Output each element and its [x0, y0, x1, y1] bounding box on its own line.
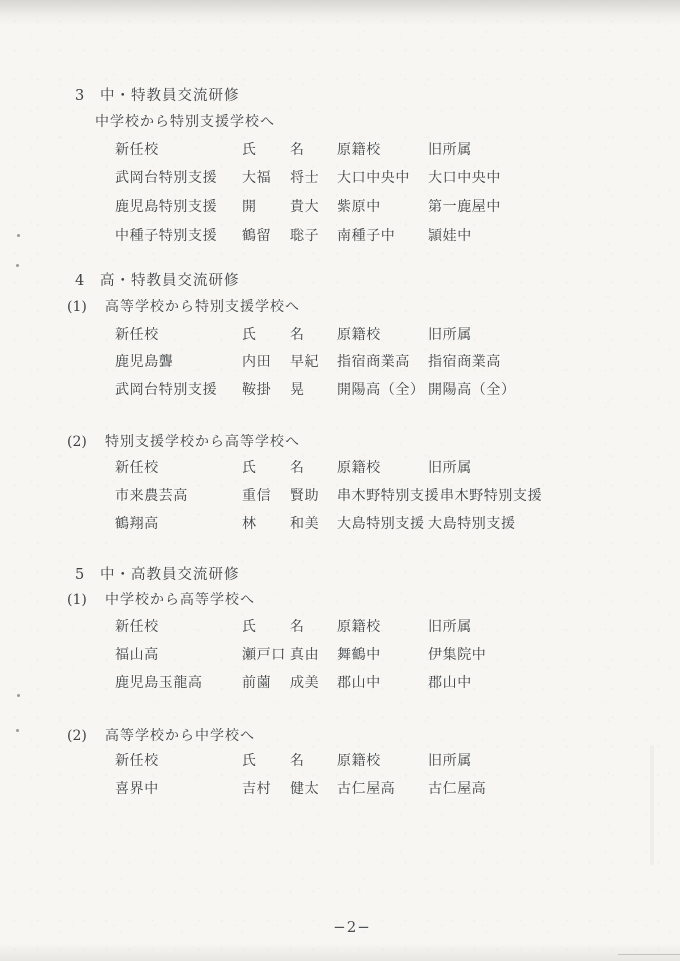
column-header-school: 新任校: [115, 324, 159, 344]
cell-school: 喜界中: [115, 778, 159, 798]
cell-former: 開陽高（全）: [428, 379, 516, 399]
section-3-direction: 中学校から特別支援学校へ: [95, 111, 275, 131]
table-row: 鹿児島聾 内田 早紀 指宿商業高 指宿商業高: [0, 351, 680, 370]
table-row: 鹿児島玉龍高 前薗 成美 郡山中 郡山中: [0, 672, 680, 691]
cell-former: 頴娃中: [428, 225, 472, 245]
cell-surname: 鞍掛: [242, 379, 271, 399]
cell-surname: 前薗: [242, 672, 271, 692]
cell-former: 大口中央中: [428, 167, 501, 187]
table-row: 鹿児島特別支援 開 貴大 紫原中 第一鹿屋中: [0, 196, 680, 215]
scan-artifact-top-band: [0, 0, 680, 26]
cell-given: 真由: [290, 644, 319, 664]
section-4-2-direction: (2)特別支援学校から高等学校へ: [67, 431, 300, 451]
column-header-former: 旧所属: [428, 750, 472, 770]
cell-origin: 南種子中: [337, 225, 395, 245]
section-4-1-direction: (1)高等学校から特別支援学校へ: [67, 296, 300, 316]
cell-school: 中種子特別支援: [115, 225, 217, 245]
section-3-heading: 3中・特教員交流研修: [75, 84, 240, 105]
table-row: 中種子特別支援 鶴留 聡子 南種子中 頴娃中: [0, 225, 680, 244]
table-row: 市来農芸高 重信 賢助 串木野特別支援 串木野特別支援: [0, 485, 680, 504]
column-header-former: 旧所属: [428, 616, 472, 636]
cell-origin: 串木野特別支援: [337, 485, 439, 505]
section-5-1-direction: (1)中学校から高等学校へ: [67, 589, 255, 609]
table-row: 福山高 瀬戸口 真由 舞鶴中 伊集院中: [0, 644, 680, 663]
column-header-surname: 氏: [242, 616, 257, 636]
cell-given: 賢助: [290, 485, 319, 505]
table-header-row: 新任校 氏 名 原籍校 旧所属: [0, 750, 680, 769]
column-header-surname: 氏: [242, 139, 257, 159]
cell-origin: 紫原中: [337, 196, 381, 216]
cell-school: 鹿児島聾: [115, 351, 173, 371]
cell-former: 古仁屋高: [428, 778, 486, 798]
cell-school: 武岡台特別支援: [115, 167, 217, 187]
cell-school: 鹿児島玉龍高: [115, 672, 203, 692]
column-header-school: 新任校: [115, 457, 159, 477]
column-header-former: 旧所属: [428, 457, 472, 477]
scan-speck: [17, 694, 20, 697]
cell-given: 晃: [290, 379, 305, 399]
column-header-given: 名: [290, 750, 305, 770]
cell-surname: 重信: [242, 485, 271, 505]
cell-surname: 瀬戸口: [242, 644, 286, 664]
cell-school: 鶴翔高: [115, 513, 159, 533]
section-title: 中・高教員交流研修: [100, 567, 240, 583]
column-header-origin: 原籍校: [337, 750, 381, 770]
scan-artifact-bottom-right-line: [618, 954, 680, 955]
cell-origin: 開陽高（全）: [337, 379, 425, 399]
cell-given: 貴大: [290, 196, 319, 216]
subsection-label: (2): [67, 434, 105, 450]
column-header-school: 新任校: [115, 616, 159, 636]
cell-given: 早紀: [290, 351, 319, 371]
column-header-given: 名: [290, 324, 305, 344]
cell-origin: 大島特別支援: [337, 513, 425, 533]
page-number: −2−: [12, 918, 680, 936]
scan-artifact-bottom-band: [0, 943, 680, 961]
table-header-row: 新任校 氏 名 原籍校 旧所属: [0, 139, 680, 158]
cell-surname: 鶴留: [242, 225, 271, 245]
column-header-former: 旧所属: [428, 324, 472, 344]
column-header-surname: 氏: [242, 750, 257, 770]
cell-origin: 大口中央中: [337, 167, 410, 187]
cell-former: 伊集院中: [428, 644, 486, 664]
cell-school: 福山高: [115, 644, 159, 664]
table-row: 鶴翔高 林 和美 大島特別支援 大島特別支援: [0, 513, 680, 532]
scanned-document-page: 3中・特教員交流研修 中学校から特別支援学校へ 新任校 氏 名 原籍校 旧所属 …: [0, 0, 680, 961]
cell-origin: 古仁屋高: [337, 778, 395, 798]
column-header-origin: 原籍校: [337, 457, 381, 477]
cell-surname: 大福: [242, 167, 271, 187]
scan-speck: [16, 729, 19, 732]
cell-given: 将士: [290, 167, 319, 187]
section-title: 中・特教員交流研修: [100, 88, 240, 104]
cell-surname: 吉村: [242, 778, 271, 798]
cell-origin: 舞鶴中: [337, 644, 381, 664]
table-row: 武岡台特別支援 大福 将士 大口中央中 大口中央中: [0, 167, 680, 186]
cell-given: 成美: [290, 672, 319, 692]
column-header-given: 名: [290, 457, 305, 477]
cell-origin: 指宿商業高: [337, 351, 410, 371]
cell-school: 市来農芸高: [115, 485, 188, 505]
cell-school: 鹿児島特別支援: [115, 196, 217, 216]
section-5-2-direction: (2)高等学校から中学校へ: [67, 725, 255, 745]
cell-given: 和美: [290, 513, 319, 533]
subsection-label: (2): [67, 728, 105, 744]
cell-former: 大島特別支援: [428, 513, 516, 533]
column-header-surname: 氏: [242, 457, 257, 477]
section-title: 高・特教員交流研修: [100, 273, 240, 289]
table-header-row: 新任校 氏 名 原籍校 旧所属: [0, 616, 680, 635]
cell-former: 串木野特別支援: [440, 485, 542, 505]
column-header-origin: 原籍校: [337, 324, 381, 344]
cell-surname: 内田: [242, 351, 271, 371]
cell-given: 健太: [290, 778, 319, 798]
section-number: 5: [75, 567, 100, 583]
column-header-school: 新任校: [115, 750, 159, 770]
column-header-former: 旧所属: [428, 139, 472, 159]
cell-surname: 林: [242, 513, 257, 533]
column-header-surname: 氏: [242, 324, 257, 344]
cell-given: 聡子: [290, 225, 319, 245]
cell-former: 第一鹿屋中: [428, 196, 501, 216]
cell-school: 武岡台特別支援: [115, 379, 217, 399]
column-header-origin: 原籍校: [337, 616, 381, 636]
column-header-origin: 原籍校: [337, 139, 381, 159]
section-4-heading: 4高・特教員交流研修: [75, 269, 240, 290]
section-number: 4: [75, 273, 100, 289]
column-header-given: 名: [290, 616, 305, 636]
column-header-school: 新任校: [115, 139, 159, 159]
table-header-row: 新任校 氏 名 原籍校 旧所属: [0, 324, 680, 343]
subsection-label: (1): [67, 592, 105, 608]
cell-origin: 郡山中: [337, 672, 381, 692]
scan-speck: [16, 264, 19, 267]
table-row: 喜界中 吉村 健太 古仁屋高 古仁屋高: [0, 778, 680, 797]
cell-surname: 開: [242, 196, 257, 216]
section-number: 3: [75, 88, 100, 104]
section-5-heading: 5中・高教員交流研修: [75, 563, 240, 584]
cell-former: 指宿商業高: [428, 351, 501, 371]
subsection-label: (1): [67, 299, 105, 315]
cell-former: 郡山中: [428, 672, 472, 692]
table-row: 武岡台特別支援 鞍掛 晃 開陽高（全） 開陽高（全）: [0, 379, 680, 398]
column-header-given: 名: [290, 139, 305, 159]
table-header-row: 新任校 氏 名 原籍校 旧所属: [0, 457, 680, 476]
